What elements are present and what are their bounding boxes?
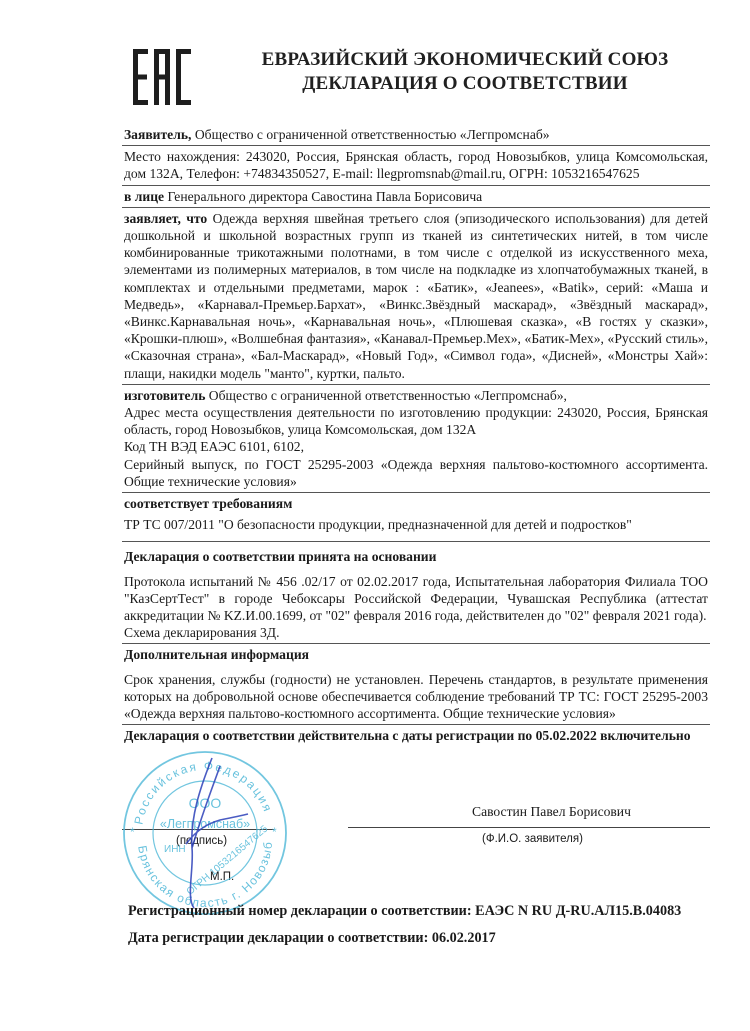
basis-section: Декларация о соответствии принята на осн…	[122, 542, 710, 644]
validity-section: Декларация о соответствии действительна …	[122, 725, 710, 746]
additional-info-label: Дополнительная информация	[124, 646, 708, 663]
document-title: ЕВРАЗИЙСКИЙ ЭКОНОМИЧЕСКИЙ СОЮЗ ДЕКЛАРАЦИ…	[230, 48, 700, 96]
manufacturer-value: Общество с ограниченной ответственностью…	[205, 388, 567, 403]
title-union: ЕВРАЗИЙСКИЙ ЭКОНОМИЧЕСКИЙ СОЮЗ	[230, 48, 700, 72]
represented-by-section: в лице Генерального директора Савостина …	[122, 186, 710, 208]
validity-text: Декларация о соответствии действительна …	[124, 727, 708, 744]
tn-ved-code: Код ТН ВЭД ЕАЭС 6101, 6102,	[124, 438, 708, 455]
declares-section: заявляет, что Одежда верхняя швейная тре…	[122, 208, 710, 385]
name-label: (Ф.И.О. заявителя)	[482, 831, 583, 848]
signature-line	[122, 829, 274, 830]
signer-name: Савостин Павел Борисович	[472, 803, 631, 820]
declaration-body: Заявитель, Общество с ограниченной ответ…	[122, 124, 710, 877]
eac-logo-icon	[131, 49, 193, 105]
conformity-section: соответствует требованиям ТР ТС 007/2011…	[122, 493, 710, 542]
manufacturer-label: изготовитель	[124, 388, 205, 403]
registration-number: Регистрационный номер декларации о соотв…	[128, 903, 681, 920]
applicant-label: Заявитель,	[124, 127, 191, 142]
basis-value: Протокола испытаний № 456 .02/17 от 02.0…	[124, 573, 708, 625]
basis-label: Декларация о соответствии принята на осн…	[124, 548, 708, 565]
declares-value: Одежда верхняя швейная третьего слоя (эп…	[124, 211, 708, 381]
title-declaration: ДЕКЛАРАЦИЯ О СООТВЕТСТВИИ	[230, 72, 700, 96]
conformity-value: ТР ТС 007/2011 "О безопасности продукции…	[124, 516, 708, 533]
represented-by-label: в лице	[124, 189, 164, 204]
conformity-label: соответствует требованиям	[124, 495, 708, 512]
declaration-scheme: Схема декларирования 3Д.	[124, 624, 708, 641]
registration-date: Дата регистрации декларации о соответств…	[128, 930, 496, 947]
additional-info-value: Срок хранения, службы (годности) не уста…	[124, 671, 708, 723]
signature-label: (подпись)	[176, 833, 227, 850]
manufacturer-section: изготовитель Общество с ограниченной отв…	[122, 385, 710, 493]
seal-label: М.П.	[210, 869, 234, 886]
signature-area: (подпись) М.П. Савостин Павел Борисович …	[122, 747, 710, 877]
name-line	[348, 827, 710, 828]
manufacturer-address: Адрес места осуществления деятельности п…	[124, 404, 708, 438]
represented-by-value: Генерального директора Савостина Павла Б…	[164, 189, 482, 204]
location-section: Место нахождения: 243020, Россия, Брянск…	[122, 146, 710, 185]
additional-info-section: Дополнительная информация Срок хранения,…	[122, 644, 710, 725]
location-text: Место нахождения: 243020, Россия, Брянск…	[124, 149, 708, 181]
serial-production: Серийный выпуск, по ГОСТ 25295-2003 «Оде…	[124, 456, 708, 490]
applicant-value: Общество с ограниченной ответственностью…	[191, 127, 549, 142]
applicant-section: Заявитель, Общество с ограниченной ответ…	[122, 124, 710, 146]
declares-label: заявляет, что	[124, 211, 207, 226]
